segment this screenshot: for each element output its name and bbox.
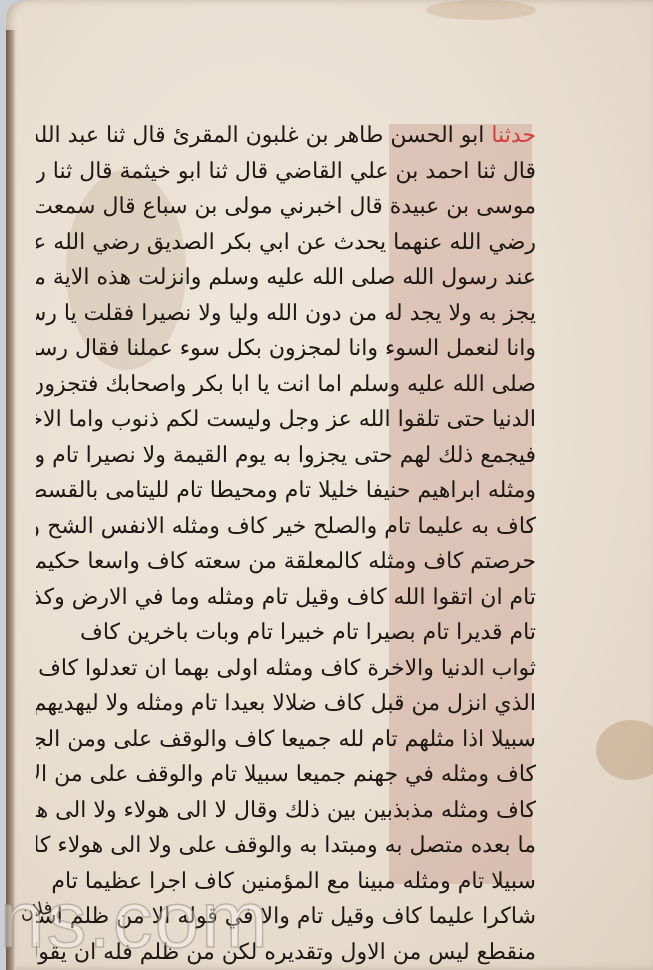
text-line: ثواب الدنيا والاخرة كاف ومثله اولى بهما …	[36, 651, 536, 687]
text-line: الذي انزل من قبل كاف ضلالا بعيدا تام ومث…	[36, 686, 536, 722]
text-line: كاف به عليما تام والصلح خير كاف ومثله ال…	[36, 509, 536, 545]
text-line: كاف ومثله مذبذبين بين ذلك وقال لا الى هو…	[36, 793, 536, 829]
paper-stain	[596, 720, 653, 780]
text-line: ومثله ابراهيم حنيفا خليلا تام ومحيطا تام…	[36, 473, 536, 509]
manuscript-page: حدثنا ابو الحسن طاهر بن غلبون المقرئ قال…	[6, 0, 653, 970]
text-line: سبيلا اذا مثلهم تام لله جميعا كاف والوقف…	[36, 722, 536, 758]
watermark-text: ns.com	[0, 880, 270, 960]
text-line: موسى بن عبيدة قال اخبرني مولى بن سباع قا…	[36, 189, 536, 225]
text-line: رضي الله عنهما يحدث عن ابي بكر الصديق رض…	[36, 225, 536, 261]
manuscript-text: حدثنا ابو الحسن طاهر بن غلبون المقرئ قال…	[36, 118, 536, 970]
text-line: ما بعده متصل به ومبتدا به والوقف على ولا…	[36, 828, 536, 864]
binding-edge	[6, 30, 16, 970]
text-line: قال ثنا احمد بن علي القاضي قال ثنا ابو خ…	[36, 154, 536, 190]
text-line: وانا لنعمل السوء وانا لمجزون بكل سوء عمل…	[36, 331, 536, 367]
text-line: كاف ومثله في جهنم جميعا سبيلا تام والوقف…	[36, 757, 536, 793]
paper-stain	[426, 0, 536, 20]
text-line: الدنيا حتى تلقوا الله عز وجل وليست لكم ذ…	[36, 402, 536, 438]
rubric-opening: حدثنا	[491, 123, 536, 148]
text-line: تام ان اتقوا الله كاف وقيل تام ومثله وما…	[36, 580, 536, 616]
text-line: فيجمع ذلك لهم حتى يجزوا به يوم القيمة ول…	[36, 438, 536, 474]
text-line: تام قديرا تام بصيرا تام خبيرا تام وبات ب…	[36, 615, 536, 651]
text-line: صلى الله عليه وسلم اما انت يا ابا بكر وا…	[36, 367, 536, 403]
text-line: حرصتم كاف ومثله كالمعلقة من سعته كاف واس…	[36, 544, 536, 580]
text-line: عند رسول الله صلى الله عليه وسلم وانزلت …	[36, 260, 536, 296]
text-line: يجز به ولا يجد له من دون الله وليا ولا ن…	[36, 296, 536, 332]
text-line-1: حدثنا ابو الحسن طاهر بن غلبون المقرئ قال…	[36, 118, 536, 154]
